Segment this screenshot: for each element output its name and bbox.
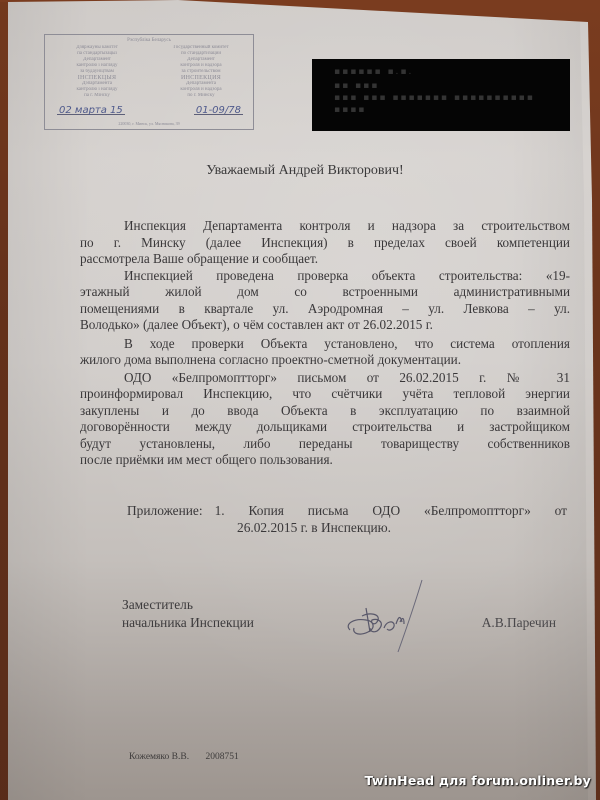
text-line: Инспекцией проведена проверка объекта ст… <box>80 268 570 285</box>
stamp-line: па г. Мінску <box>51 93 143 99</box>
stamp-handwritten-fields: 02 марта 15 01-09/78 <box>53 108 245 122</box>
attachment-item-continued: 26.02.2015 г. в Инспекцию. <box>127 519 567 536</box>
letter-greeting: Уважаемый Андрей Викторович! <box>0 163 600 179</box>
redaction-noise: ▪▪▪ ▪▪▪ ▪▪▪▪▪▪▪ ▪▪▪▪▪▪▪▪▪▪ <box>334 93 535 103</box>
signature-block: Заместитель начальника Инспекции А.В.Пар… <box>122 590 562 660</box>
redaction-noise: ▪▪▪▪ <box>334 105 366 115</box>
paragraph-1: Инспекция Департамента контроля и надзор… <box>80 218 570 268</box>
attachment-label: Приложение: <box>127 502 203 519</box>
letter-body: Инспекция Департамента контроля и надзор… <box>80 218 570 469</box>
redacted-recipient-block: ▪▪▪▪▪▪ ▪.▪. ▪▪ ▪▪▪ ▪▪▪ ▪▪▪ ▪▪▪▪▪▪▪ ▪▪▪▪▪… <box>312 59 570 131</box>
attachment-row: Приложение: 1. Копия письма ОДО «Белпром… <box>127 502 567 519</box>
attachment-item: 1. Копия письма ОДО «Белпромоптторг» от <box>215 502 567 519</box>
text-line: помещениями в квартале ул. Аэродромная –… <box>80 301 570 318</box>
executor-name: Кожемяко В.В. <box>129 752 189 762</box>
text-line: этажный жилой дом со встроенными админис… <box>80 284 570 301</box>
signatory-title: Заместитель начальника Инспекции <box>122 596 254 632</box>
paragraph-4: ОДО «Белпромоптторг» письмом от 26.02.20… <box>80 370 570 469</box>
text-line: Володько» (далее Объект), о чём составле… <box>80 317 570 334</box>
text-line: закуплены и до ввода Объекта в эксплуата… <box>80 403 570 420</box>
executor-info: Кожемяко В.В. 2008751 <box>129 752 239 762</box>
text-line: по г. Минску (далее Инспекция) в предела… <box>80 235 570 252</box>
signatory-name: А.В.Паречин <box>482 615 556 631</box>
registration-stamp: Рэспубліка Беларусь Дзяржаўны камітэт па… <box>44 34 254 130</box>
stamp-footer: 220030, г. Минск, ул. Мясникова, 39 <box>45 121 253 127</box>
text-line: жилого дома выполнена согласно проектно-… <box>80 352 570 369</box>
stamp-line: по г. Минску <box>155 93 247 99</box>
signatory-title-line: Заместитель <box>122 596 254 614</box>
paragraph-3: В ходе проверки Объекта установлено, что… <box>80 336 570 369</box>
text-line: Инспекция Департамента контроля и надзор… <box>80 218 570 235</box>
text-line: после приёмки им мест общего пользования… <box>80 452 570 469</box>
paragraph-2: Инспекцией проведена проверка объекта ст… <box>80 268 570 334</box>
text-line: будут установлены, либо переданы товарищ… <box>80 436 570 453</box>
text-line: В ходе проверки Объекта установлено, что… <box>80 336 570 353</box>
stamp-left-column: Дзяржаўны камітэт па стандартызацыі Депа… <box>51 45 143 99</box>
executor-phone: 2008751 <box>205 752 238 762</box>
stamp-header: Рэспубліка Беларусь <box>45 38 253 44</box>
attachment-section: Приложение: 1. Копия письма ОДО «Белпром… <box>127 502 567 536</box>
handwritten-signature-icon <box>340 578 430 658</box>
redaction-noise: ▪▪▪▪▪▪ ▪.▪. <box>334 67 413 77</box>
text-line: ОДО «Белпромоптторг» письмом от 26.02.20… <box>80 370 570 387</box>
stamp-date: 02 марта 15 <box>57 108 125 115</box>
watermark-caption: TwinHead для forum.onliner.by <box>364 773 591 788</box>
text-line: договорённости между дольщиками строител… <box>80 419 570 436</box>
text-line: проинформировал Инспекцию, что счётчики … <box>80 386 570 403</box>
stamp-number: 01-09/78 <box>194 108 243 115</box>
redaction-noise: ▪▪ ▪▪▪ <box>334 81 379 91</box>
stamp-right-column: Государственный комитет по стандартизаци… <box>155 45 247 99</box>
signatory-title-line: начальника Инспекции <box>122 614 254 632</box>
text-line: рассмотрела Ваше обращение и сообщает. <box>80 251 570 268</box>
